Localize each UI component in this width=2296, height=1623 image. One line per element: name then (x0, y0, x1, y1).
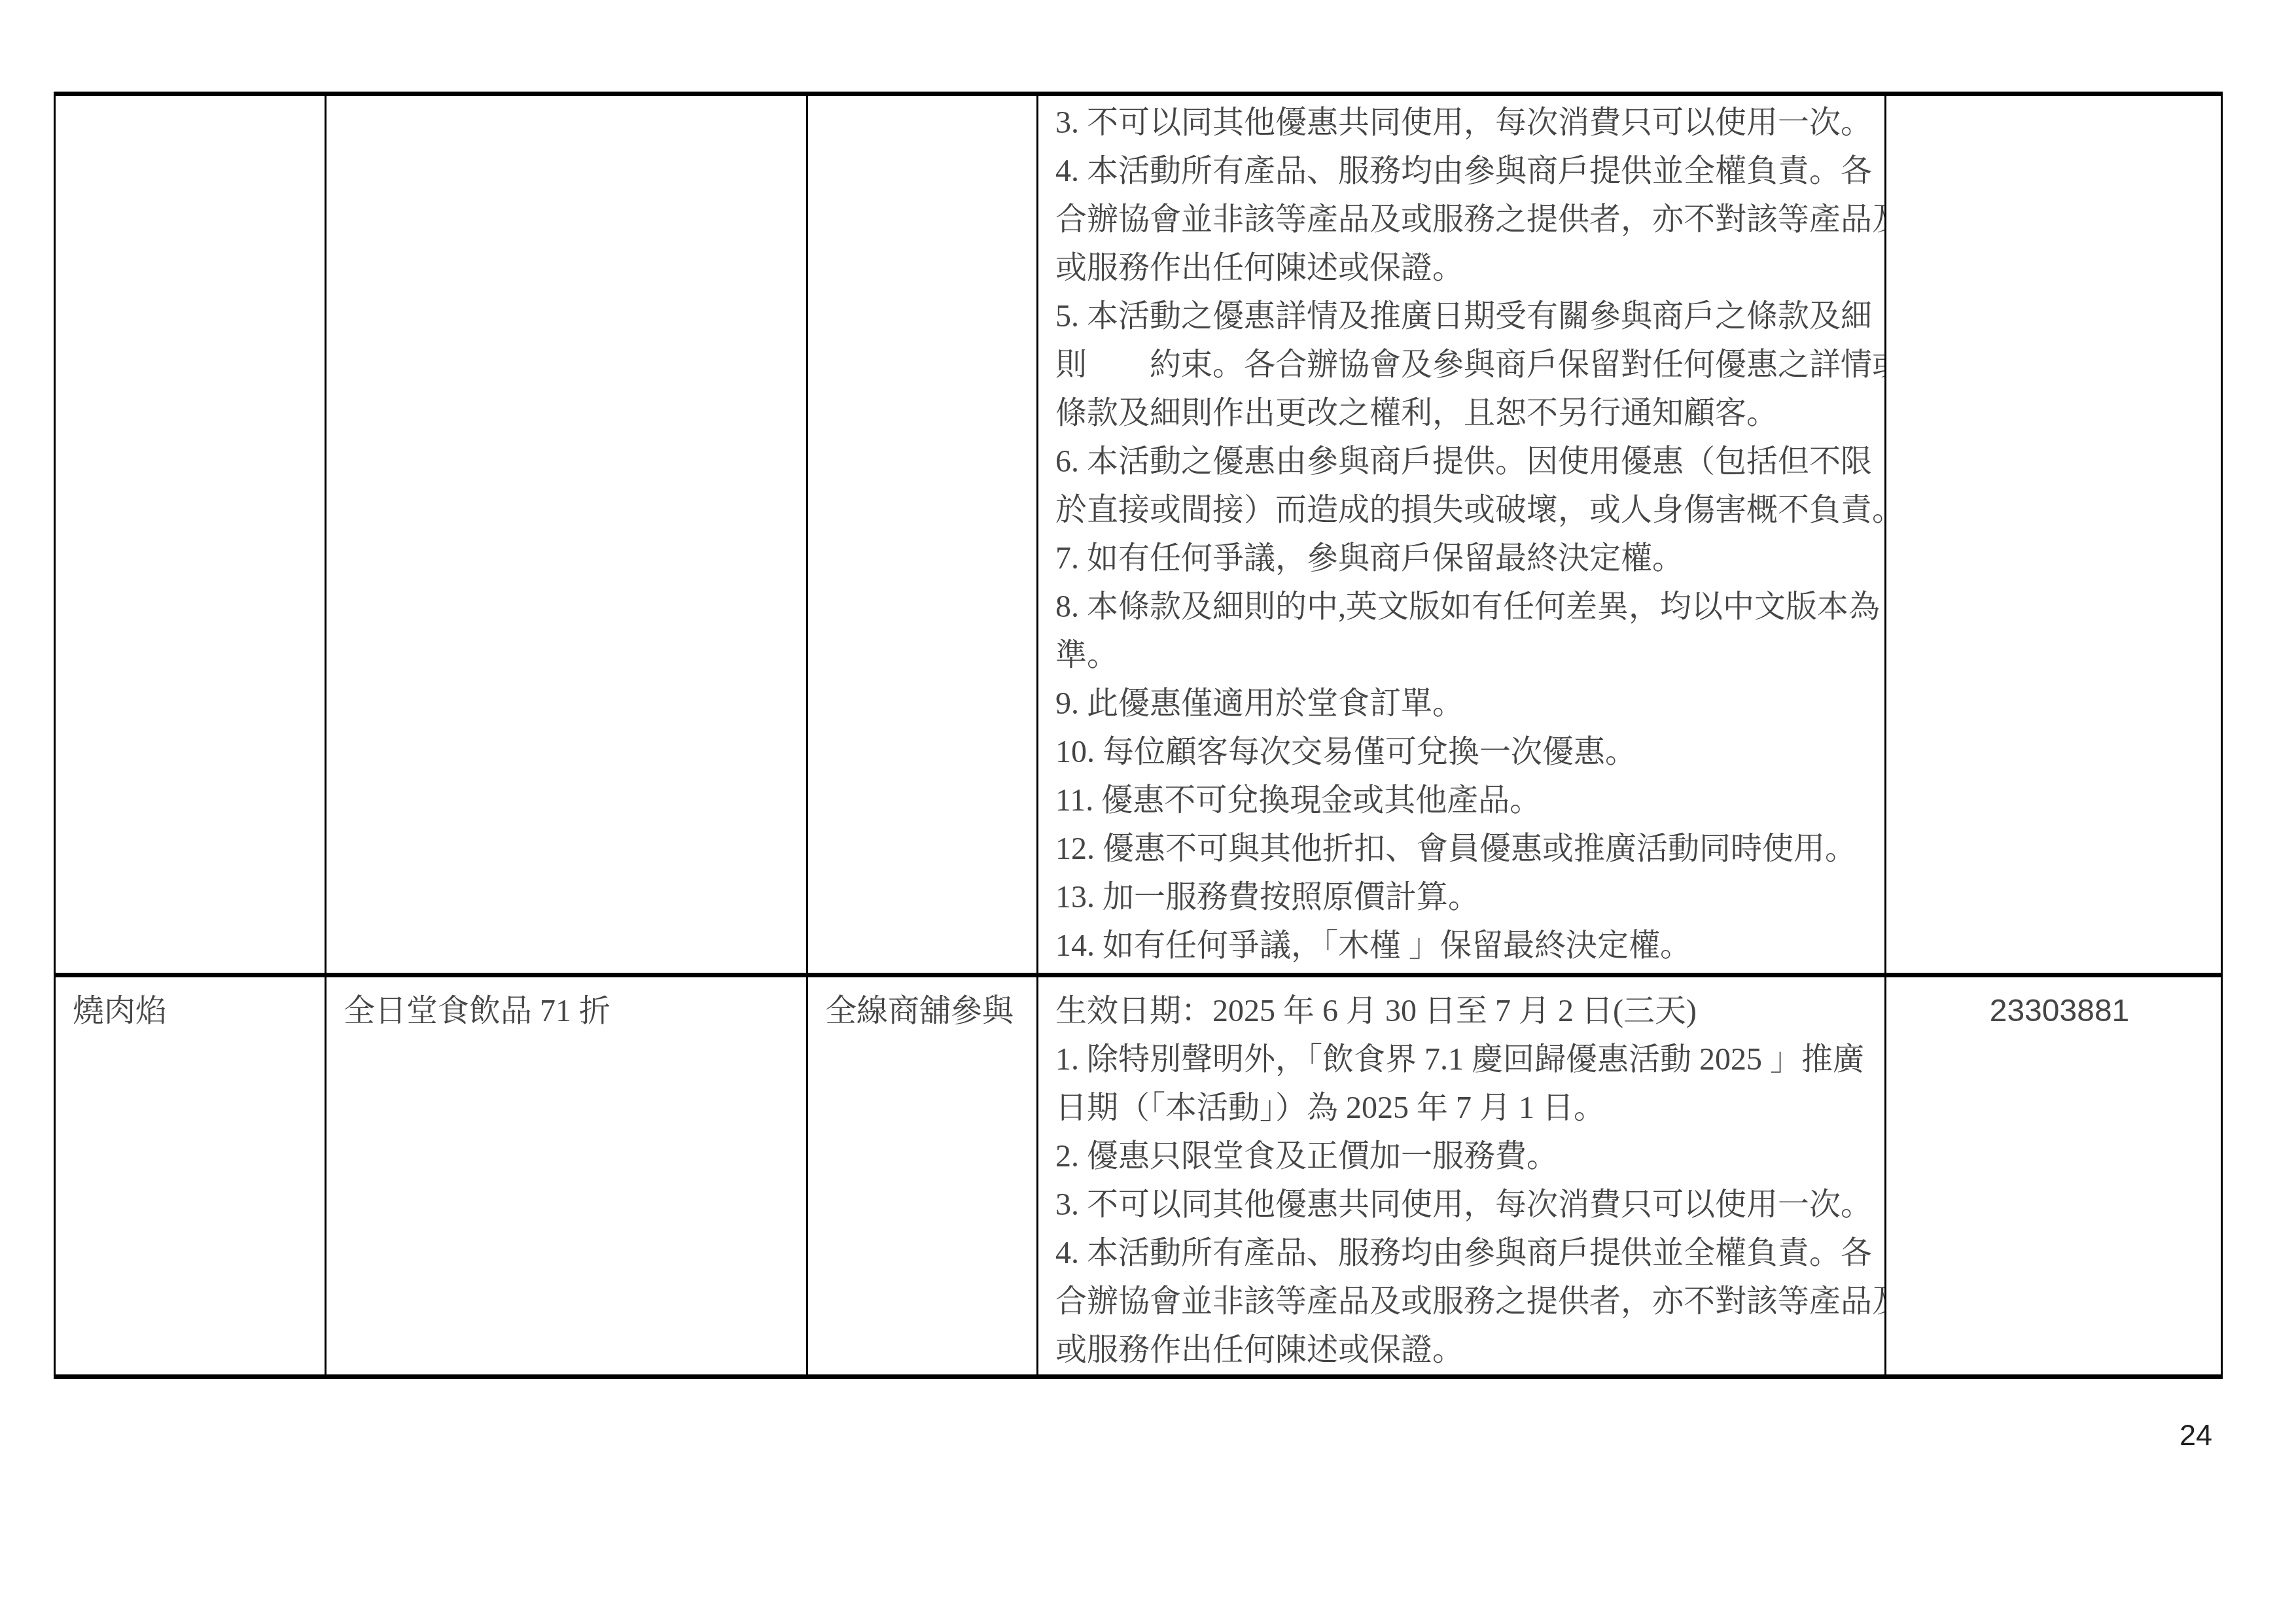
terms-cell: 3. 不可以同其他優惠共同使用，每次消費只可以使用一次。4. 本活動所有產品、服… (1038, 94, 1886, 975)
terms-line: 10. 每位顧客每次交易僅可兌換一次優惠。 (1055, 728, 1879, 777)
terms-line: 3. 不可以同其他優惠共同使用，每次消費只可以使用一次。 (1055, 99, 1879, 147)
table-row-terms-continuation: 3. 不可以同其他優惠共同使用，每次消費只可以使用一次。4. 本活動所有產品、服… (55, 94, 2222, 975)
participation-cell (807, 94, 1038, 975)
terms-line: 4. 本活動所有產品、服務均由參與商戶提供並全權負責。各 (1055, 1229, 1879, 1278)
terms-line: 4. 本活動所有產品、服務均由參與商戶提供並全權負責。各 (1055, 147, 1879, 196)
offer-cell (326, 94, 807, 975)
terms-line: 2. 優惠只限堂食及正價加一服務費。 (1055, 1132, 1879, 1181)
terms-line: 條款及細則作出更改之權利，且恕不另行通知顧客。 (1055, 389, 1879, 438)
merchant-cell (55, 94, 326, 975)
terms-line: 日期（「本活動」）為 2025 年 7 月 1 日。 (1055, 1084, 1879, 1132)
terms-line: 準。 (1055, 631, 1879, 680)
document-page: 3. 不可以同其他優惠共同使用，每次消費只可以使用一次。4. 本活動所有產品、服… (0, 0, 2296, 1623)
merchant-cell: 燒肉焰 (55, 975, 326, 1377)
offer-cell: 全日堂食飲品 71 折 (326, 975, 807, 1377)
terms-line: 1. 除特別聲明外，「飲食界 7.1 慶回歸優惠活動 2025 」推廣 (1055, 1036, 1879, 1084)
terms-line: 3. 不可以同其他優惠共同使用，每次消費只可以使用一次。 (1055, 1181, 1879, 1229)
terms-line: 5. 本活動之優惠詳情及推廣日期受有關參與商戶之條款及細 (1055, 292, 1879, 341)
terms-line: 合辦協會並非該等產品及或服務之提供者，亦不對該等產品及 (1055, 196, 1879, 244)
terms-line: 9. 此優惠僅適用於堂食訂單。 (1055, 680, 1879, 728)
terms-line: 則 約束。各合辦協會及參與商戶保留對任何優惠之詳情或 (1055, 341, 1879, 389)
terms-line: 14. 如有任何爭議，「木槿 」保留最終決定權。 (1055, 922, 1879, 970)
terms-line: 或服務作出任何陳述或保證。 (1055, 244, 1879, 292)
participation-cell: 全線商舖參與 (807, 975, 1038, 1377)
terms-line: 11. 優惠不可兌換現金或其他產品。 (1055, 777, 1879, 825)
terms-line: 合辦協會並非該等產品及或服務之提供者，亦不對該等產品及 (1055, 1278, 1879, 1326)
terms-line: 於直接或間接）而造成的損失或破壞，或人身傷害概不負責。 (1055, 486, 1879, 534)
terms-line: 8. 本條款及細則的中,英文版如有任何差異，均以中文版本為 (1055, 583, 1879, 631)
hotline-cell (1886, 94, 2222, 975)
hotline-cell: 23303881 (1886, 975, 2222, 1377)
terms-line: 或服務作出任何陳述或保證。 (1055, 1326, 1879, 1374)
table-row-merchant: 燒肉焰 全日堂食飲品 71 折 全線商舖參與 生效日期：2025 年 6 月 3… (55, 975, 2222, 1377)
terms-line: 7. 如有任何爭議，參與商戶保留最終決定權。 (1055, 534, 1879, 583)
terms-cell: 生效日期：2025 年 6 月 30 日至 7 月 2 日(三天)1. 除特別聲… (1038, 975, 1886, 1377)
terms-line: 13. 加一服務費按照原價計算。 (1055, 873, 1879, 922)
page-number: 24 (2180, 1418, 2212, 1452)
terms-line: 6. 本活動之優惠由參與商戶提供。因使用優惠（包括但不限 (1055, 438, 1879, 486)
offers-table: 3. 不可以同其他優惠共同使用，每次消費只可以使用一次。4. 本活動所有產品、服… (54, 92, 2223, 1379)
terms-line: 生效日期：2025 年 6 月 30 日至 7 月 2 日(三天) (1055, 987, 1879, 1036)
terms-line: 12. 優惠不可與其他折扣、會員優惠或推廣活動同時使用。 (1055, 825, 1879, 873)
